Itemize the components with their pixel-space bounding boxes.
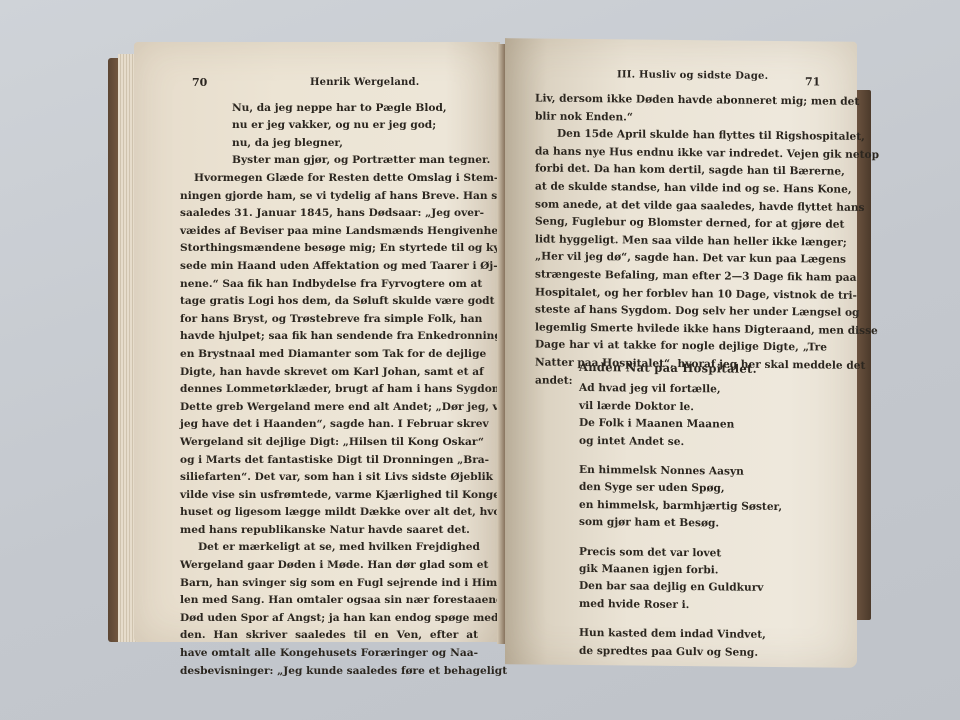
text-line: jeg have det i Haanden“, sagde han. I Fe… [180,416,478,434]
open-book: 70 Henrik Wergeland. Nu, da jeg neppe ha… [0,0,960,720]
verse-line: Hun kasted dem indad Vindvet, [579,625,782,645]
text-line: huset og ligesom lægge mildt Dække over … [180,504,478,522]
page-number: 71 [805,75,820,88]
text-line: Hvormegen Glæde for Resten dette Omslag … [180,170,478,188]
text-line: Wergeland gaar Døden i Møde. Han dør gla… [180,557,478,575]
paragraph: Hvormegen Glæde for Resten dette Omslag … [180,170,478,680]
paragraph: Liv, dersom ikke Døden havde abonneret m… [535,90,827,392]
verse-line: en himmelsk, barmhjærtig Søster, [579,497,782,517]
left-page: 70 Henrik Wergeland. Nu, da jeg neppe ha… [134,42,500,642]
poem-stanza: En himmelsk Nonnes Aasyn den Syge ser ud… [579,462,782,534]
text-line: vilde vise sin usfrømtede, varme Kjærlig… [180,487,478,505]
text-line: Død uden Spor af Angst; ja han kan endog… [180,610,478,628]
text-line: for hans Bryst, og Trøstebreve fra simpl… [180,311,478,329]
verse-line: nu, da jeg blegner, [232,135,490,152]
text-line: saaledes 31. Januar 1845, hans Dødsaar: … [180,205,478,223]
verse-line: De Folk i Maanen Maanen [579,415,782,435]
text-line: Barn, han svinger sig som en Fugl sejren… [180,575,478,593]
text-line: og i Marts det fantastiske Digt til Dron… [180,452,478,470]
poem-stanza: Hun kasted dem indad Vindvet, de spredte… [579,625,782,662]
text-line: have omtalt alle Kongehusets Foræringer … [180,645,478,663]
text-line: dennes Lommetørklæder, brugt af ham i ha… [180,381,478,399]
page-number: 70 [192,76,207,89]
text-line: siliefarten“. Det var, som han i sit Liv… [180,469,478,487]
running-head: Henrik Wergeland. [310,77,419,88]
verse-line: Den bar saa dejlig en Guldkurv [579,578,782,598]
text-line: sede min Haand uden Affektation og med T… [180,258,478,276]
verse-line: som gjør ham et Besøg. [579,514,782,534]
verse-line: vil lærde Doktor le. [579,398,782,418]
poem: Anden Nat paa Hospitalet. Ad hvad jeg vi… [579,359,782,662]
text-line: len med Sang. Han omtaler ogsaa sin nær … [180,592,478,610]
verse-line: gik Maanen igjen forbi. [579,561,782,581]
poem-title: Anden Nat paa Hospitalet. [579,359,782,379]
verse-line: En himmelsk Nonnes Aasyn [579,462,782,482]
verse-line: og intet Andet se. [579,433,782,453]
text-line: Digte, han havde skrevet om Karl Johan, … [180,364,478,382]
verse-line: den Syge ser uden Spøg, [579,479,782,499]
book-cover-right [855,90,871,620]
verse-line: Nu, da jeg neppe har to Pægle Blod, [232,100,490,117]
text-line: Dette greb Wergeland mere end alt Andet;… [180,399,478,417]
text-line: tage gratis Logi hos dem, da Søluft skul… [180,293,478,311]
text-line: nene.“ Saa fik han Indbydelse fra Fyrvog… [180,276,478,294]
poem-stanza: Precis som det var lovet gik Maanen igje… [579,544,782,616]
text-line: desbevisninger: „Jeg kunde saaledes føre… [180,663,478,681]
text-line: den. Han skriver saaledes til en Ven, ef… [180,627,478,645]
text-line: Storthingsmændene besøge mig; En styrted… [180,240,478,258]
verse-line: Precis som det var lovet [579,544,782,564]
text-line: ningen gjorde ham, se vi tydelig af hans… [180,188,478,206]
verse-line: med hvide Roser i. [579,596,782,616]
verse-line: Ad hvad jeg vil fortælle, [579,380,782,400]
text-line: Det er mærkeligt at se, med hvilken Frej… [180,539,478,557]
verse-line: de spredtes paa Gulv og Seng. [579,643,782,663]
poem-stanza: Ad hvad jeg vil fortælle, vil lærde Dokt… [579,380,782,452]
opening-verse: Nu, da jeg neppe har to Pægle Blod, nu e… [232,100,490,170]
text-line: med hans republikanske Natur havde saare… [180,522,478,540]
text-line: en Brystnaal med Diamanter som Tak for d… [180,346,478,364]
text-line: væides af Beviser paa mine Landsmænds He… [180,223,478,241]
verse-line: nu er jeg vakker, og nu er jeg god; [232,117,490,134]
verse-line: Byster man gjør, og Portrætter man tegne… [232,152,490,169]
right-page: III. Husliv og sidste Dage. 71 Liv, ders… [505,38,857,668]
running-head: III. Husliv og sidste Dage. [617,69,768,82]
text-line: havde hjulpet; saa fik han sendende fra … [180,328,478,346]
text-line: Wergeland sit dejlige Digt: „Hilsen til … [180,434,478,452]
